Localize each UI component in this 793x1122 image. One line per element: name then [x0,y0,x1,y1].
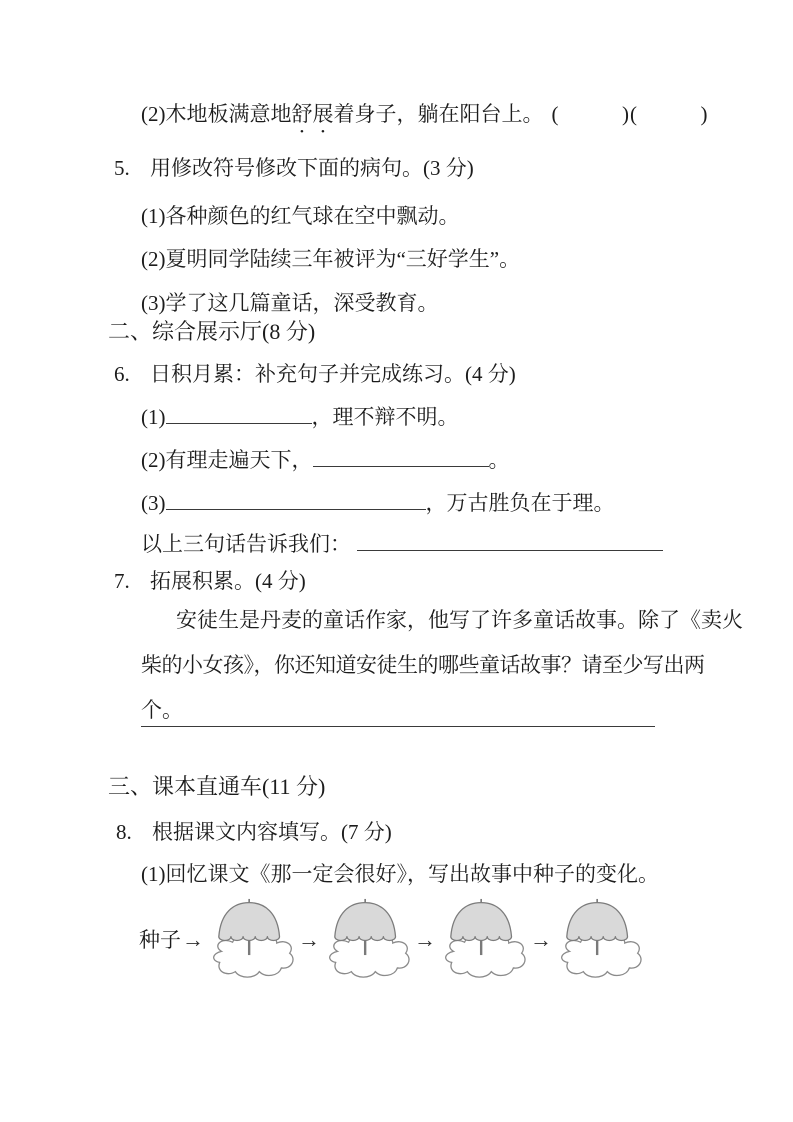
seed-change-diagram: 种子 → → → [139,898,645,979]
stage-cloud-1 [205,898,297,979]
question-title: 拓展积累。(4 分) [150,569,306,593]
answer-blank [166,403,312,424]
q7-paragraph-line-1: 安徒生是丹麦的童话作家，他写了许多童话故事。除了《卖火 [176,606,743,634]
q5-item-1: (1)各种颜色的红气球在空中飘动。 [141,202,460,230]
q5-item-2: (2)夏明同学陆续三年被评为“三好学生”。 [141,245,520,273]
umbrella-cloud-icon [553,898,645,979]
question-6-title: 6.日积月累：补充句子并完成练习。(4 分) [114,360,516,388]
stage-cloud-4 [553,898,645,979]
flow-arrow-icon: → [530,927,552,953]
question-number: 6. [114,360,150,388]
q8-item-1: (1)回忆课文《那一定会很好》，写出故事中种子的变化。 [141,860,659,888]
seed-label: 种子 [139,924,181,954]
question-5-title: 5.用修改符号修改下面的病句。(3 分) [114,154,474,182]
umbrella-icon [335,903,396,941]
q7-paragraph-line-2: 柴的小女孩》，你还知道安徒生的哪些童话故事？请至少写出两 [141,651,705,679]
q4-item2-prefix: (2)木地板满意地 [141,102,292,126]
question-title: 根据课文内容填写。(7 分) [152,820,392,844]
q6-item-3: (3)，万古胜负在于理。 [141,489,615,517]
umbrella-icon [567,903,628,941]
q4-item2-line: (2)木地板满意地舒展着身子，躺在阳台上。( )( ) [141,100,708,138]
question-number: 8. [116,818,152,846]
stage-cloud-2 [321,898,413,979]
q6-summary: 以上三句话告诉我们： [141,530,663,558]
flow-arrow-icon: → [298,927,320,953]
umbrella-icon [219,903,280,941]
flow-arrow-icon: → [182,927,204,953]
emphasized-words: 舒展 [292,102,334,126]
umbrella-icon [451,903,512,941]
question-8-title: 8.根据课文内容填写。(7 分) [116,818,392,846]
answer-blank [357,530,663,551]
question-number: 7. [114,567,150,595]
question-title: 用修改符号修改下面的病句。(3 分) [150,156,474,180]
question-7-title: 7.拓展积累。(4 分) [114,567,306,595]
bracket-blanks: ( )( ) [552,102,709,126]
worksheet-page: (2)木地板满意地舒展着身子，躺在阳台上。( )( ) 5.用修改符号修改下面的… [0,0,793,1122]
q6-item-2: (2)有理走遍天下，。 [141,446,510,474]
flow-arrow-icon: → [414,927,436,953]
section-heading-2: 二、综合展示厅(8 分) [108,318,315,346]
answer-line [141,726,655,727]
stage-cloud-3 [437,898,529,979]
umbrella-cloud-icon [437,898,529,979]
question-number: 5. [114,154,150,182]
q7-paragraph-line-3: 个。 [141,696,183,724]
answer-blank [313,446,489,467]
section-heading-3: 三、课本直通车(11 分) [108,773,325,801]
question-title: 日积月累：补充句子并完成练习。(4 分) [150,362,516,386]
umbrella-cloud-icon [321,898,413,979]
q6-item-1: (1)，理不辩不明。 [141,403,459,431]
q5-item-3: (3)学了这几篇童话，深受教育。 [141,289,439,317]
q4-item2-suffix: 着身子，躺在阳台上。 [334,102,544,126]
answer-blank [166,489,426,510]
umbrella-cloud-icon [205,898,297,979]
